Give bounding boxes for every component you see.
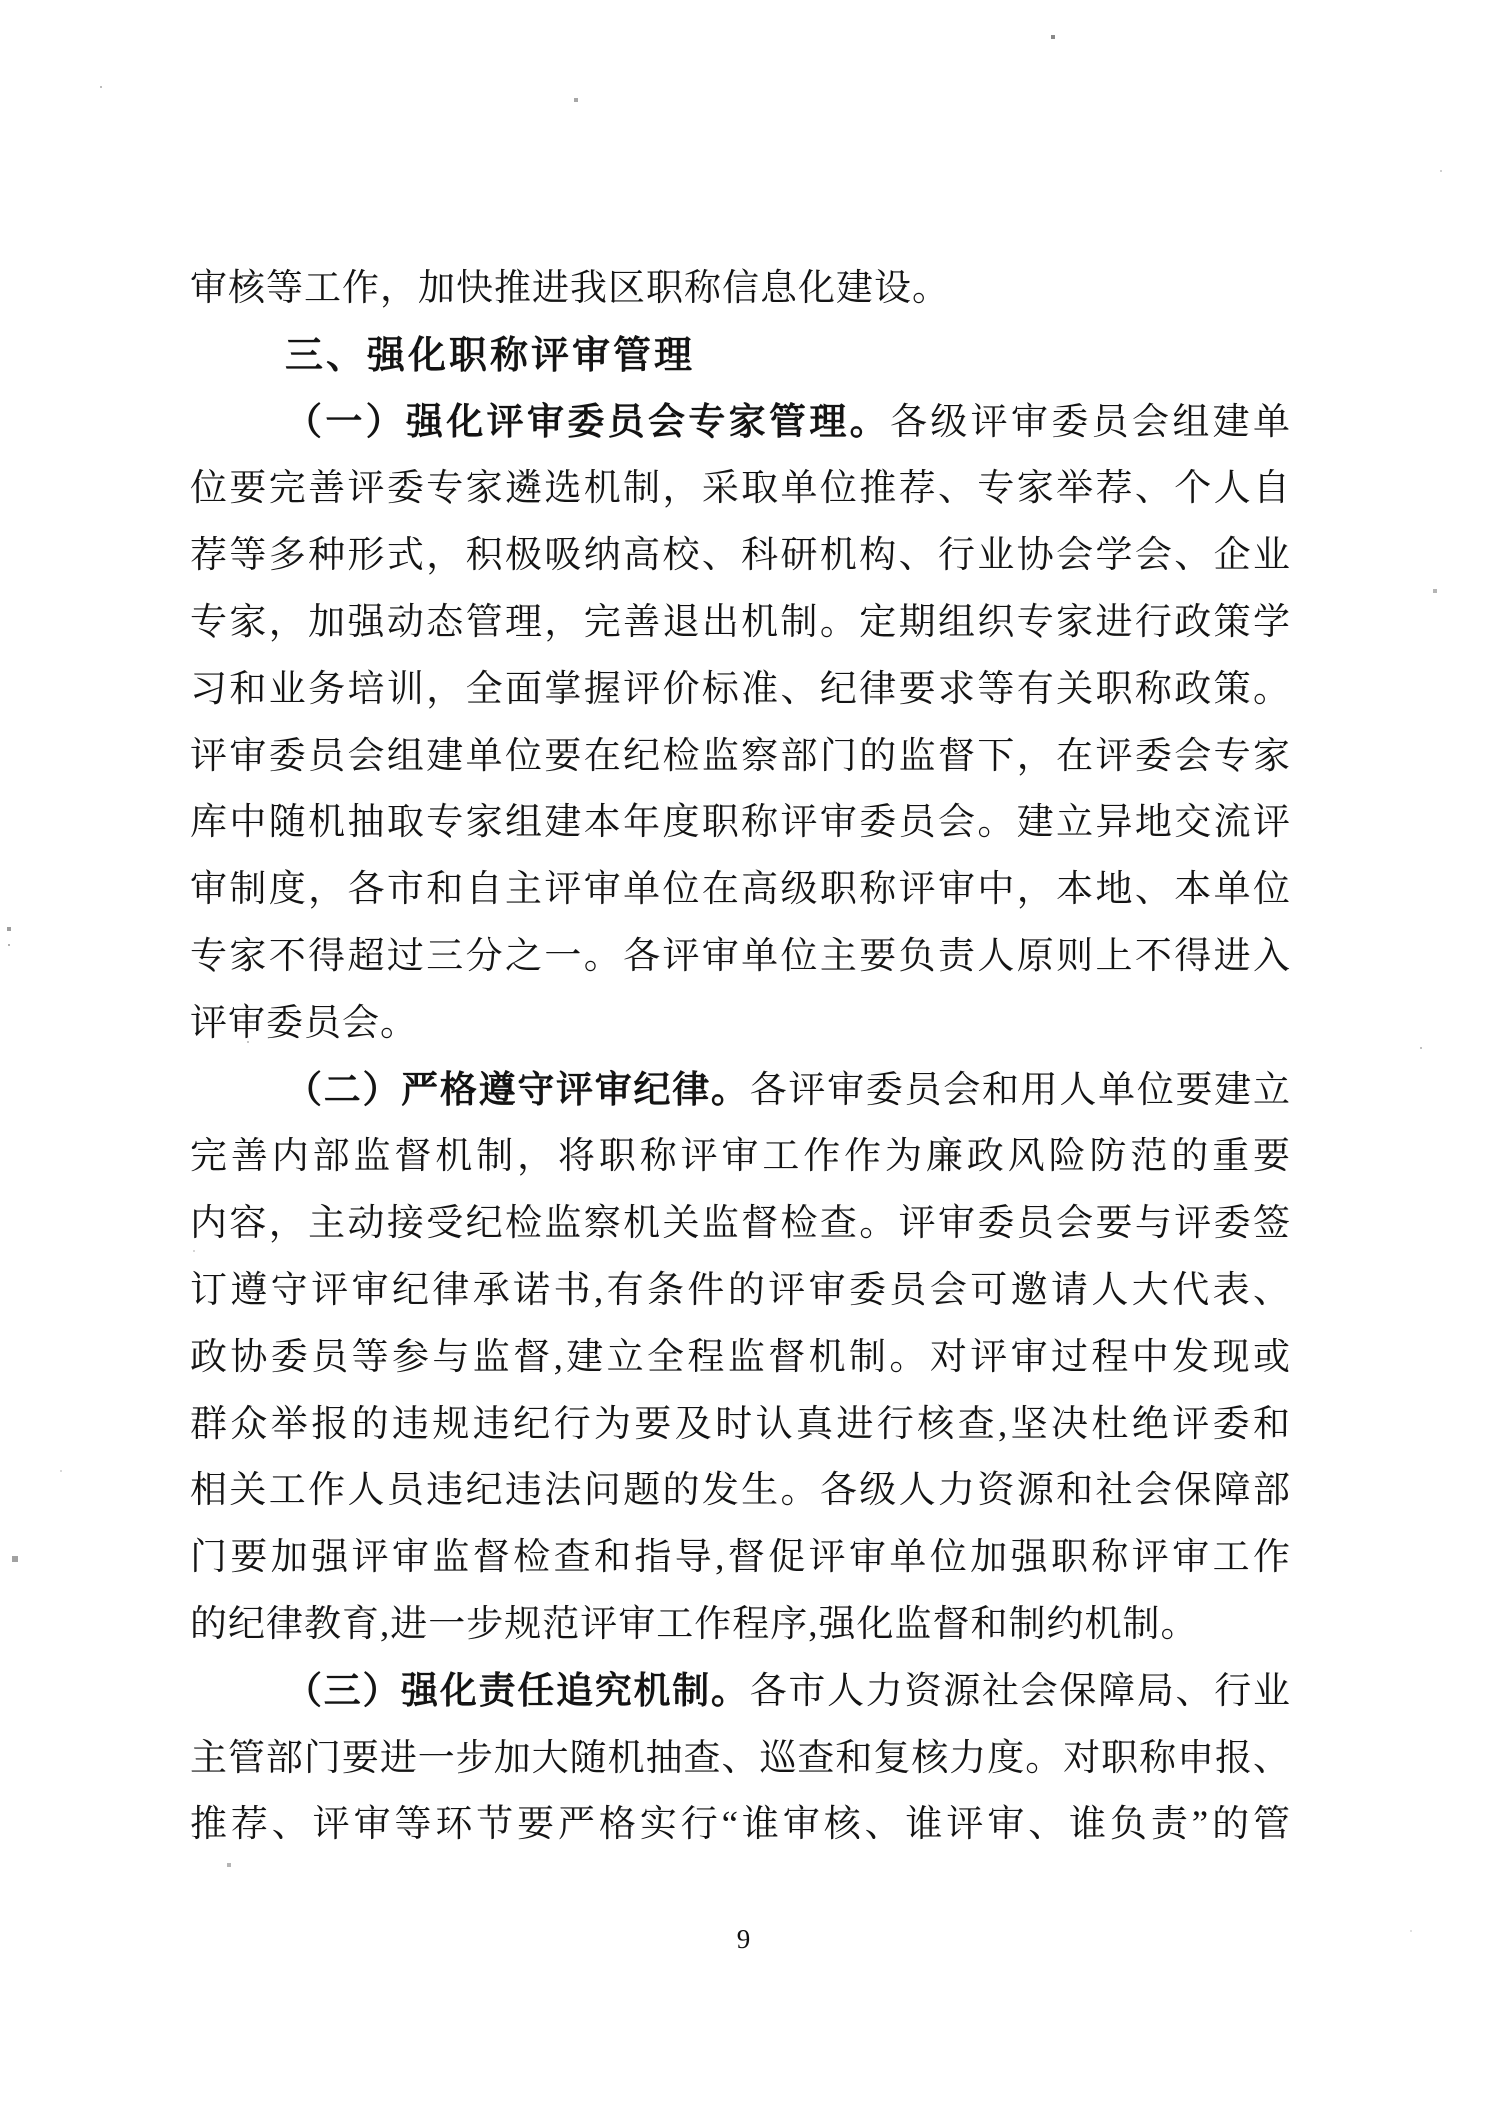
text-line: 审制度，各市和自主评审单位在高级职称评审中，本地、本单位 xyxy=(190,857,1290,924)
text-line: 库中随机抽取专家组建本年度职称评审委员会。建立异地交流评 xyxy=(190,790,1290,857)
paragraph-lead-in: （一）强化评审委员会专家管理。 xyxy=(285,402,890,443)
paragraph-lead-in: （三）强化责任追究机制。 xyxy=(285,1671,750,1712)
section-heading: 三、强化职称评审管理 xyxy=(190,323,1290,390)
text-line: 评审委员会组建单位要在纪检监察部门的监督下，在评委会专家 xyxy=(190,724,1290,791)
line-text: 专家，加强动态管理，完善退出机制。定期组织专家进行政策学 xyxy=(190,602,1290,643)
line-text: 评审委员会。 xyxy=(190,1003,418,1044)
text-line: 习和业务培训，全面掌握评价标准、纪律要求等有关职称政策。 xyxy=(190,657,1290,724)
text-line: 推荐、评审等环节要严格实行“谁审核、谁评审、谁负责”的管 xyxy=(190,1792,1290,1859)
line-text: 主管部门要进一步加大随机抽查、巡查和复核力度。对职称申报、 xyxy=(190,1738,1290,1779)
line-text: 的纪律教育,进一步规范评审工作程序,强化监督和制约机制。 xyxy=(190,1604,1199,1645)
text-line: （三）强化责任追究机制。各市人力资源社会保障局、行业 xyxy=(190,1659,1290,1726)
text-line: 订遵守评审纪律承诺书,有条件的评审委员会可邀请人大代表、 xyxy=(190,1258,1290,1325)
text-line: 完善内部监督机制，将职称评审工作作为廉政风险防范的重要 xyxy=(190,1124,1290,1191)
text-line: 专家不得超过三分之一。各评审单位主要负责人原则上不得进入 xyxy=(190,924,1290,991)
line-text: 相关工作人员违纪违法问题的发生。各级人力资源和社会保障部 xyxy=(190,1470,1290,1511)
line-text: 各级评审委员会组建单 xyxy=(890,402,1290,443)
paragraph-lead-in: （二）严格遵守评审纪律。 xyxy=(285,1070,750,1111)
line-text: 门要加强评审监督检查和指导,督促评审单位加强职称评审工作 xyxy=(190,1537,1290,1578)
text-line: （一）强化评审委员会专家管理。各级评审委员会组建单 xyxy=(190,390,1290,457)
line-text: 审核等工作，加快推进我区职称信息化建设。 xyxy=(190,268,950,309)
text-line: 内容，主动接受纪检监察机关监督检查。评审委员会要与评委签 xyxy=(190,1191,1290,1258)
text-column: 审核等工作，加快推进我区职称信息化建设。三、强化职称评审管理（一）强化评审委员会… xyxy=(190,256,1290,1859)
text-line: 荐等多种形式，积极吸纳高校、科研机构、行业协会学会、企业 xyxy=(190,523,1290,590)
line-text: 习和业务培训，全面掌握评价标准、纪律要求等有关职称政策。 xyxy=(190,669,1290,710)
line-text: 内容，主动接受纪检监察机关监督检查。评审委员会要与评委签 xyxy=(190,1203,1290,1244)
line-text: 荐等多种形式，积极吸纳高校、科研机构、行业协会学会、企业 xyxy=(190,535,1290,576)
text-line: 的纪律教育,进一步规范评审工作程序,强化监督和制约机制。 xyxy=(190,1592,1290,1659)
page-number: 9 xyxy=(0,1924,1487,1955)
line-text: 完善内部监督机制，将职称评审工作作为廉政风险防范的重要 xyxy=(190,1136,1290,1177)
scan-speck-noise xyxy=(0,0,2,2)
text-line: 门要加强评审监督检查和指导,督促评审单位加强职称评审工作 xyxy=(190,1525,1290,1592)
line-text: 政协委员等参与监督,建立全程监督机制。对评审过程中发现或 xyxy=(190,1337,1290,1378)
line-text: 订遵守评审纪律承诺书,有条件的评审委员会可邀请人大代表、 xyxy=(190,1270,1290,1311)
document-page: 审核等工作，加快推进我区职称信息化建设。三、强化职称评审管理（一）强化评审委员会… xyxy=(0,0,1487,2105)
line-text: 各评审委员会和用人单位要建立 xyxy=(750,1070,1290,1111)
text-line: 相关工作人员违纪违法问题的发生。各级人力资源和社会保障部 xyxy=(190,1458,1290,1525)
text-line: 专家，加强动态管理，完善退出机制。定期组织专家进行政策学 xyxy=(190,590,1290,657)
line-text: 专家不得超过三分之一。各评审单位主要负责人原则上不得进入 xyxy=(190,936,1290,977)
text-line: 审核等工作，加快推进我区职称信息化建设。 xyxy=(190,256,1290,323)
text-line: 位要完善评委专家遴选机制，采取单位推荐、专家举荐、个人自 xyxy=(190,456,1290,523)
line-text: 库中随机抽取专家组建本年度职称评审委员会。建立异地交流评 xyxy=(190,802,1290,843)
text-line: （二）严格遵守评审纪律。各评审委员会和用人单位要建立 xyxy=(190,1058,1290,1125)
line-text: 各市人力资源社会保障局、行业 xyxy=(750,1671,1290,1712)
text-line: 政协委员等参与监督,建立全程监督机制。对评审过程中发现或 xyxy=(190,1325,1290,1392)
line-text: 审制度，各市和自主评审单位在高级职称评审中，本地、本单位 xyxy=(190,869,1290,910)
line-text: 位要完善评委专家遴选机制，采取单位推荐、专家举荐、个人自 xyxy=(190,468,1290,509)
line-text: 三、强化职称评审管理 xyxy=(285,335,695,377)
line-text: 评审委员会组建单位要在纪检监察部门的监督下，在评委会专家 xyxy=(190,736,1290,777)
text-line: 评审委员会。 xyxy=(190,991,1290,1058)
text-line: 主管部门要进一步加大随机抽查、巡查和复核力度。对职称申报、 xyxy=(190,1726,1290,1793)
line-text: 群众举报的违规违纪行为要及时认真进行核查,坚决杜绝评委和 xyxy=(190,1404,1290,1445)
line-text: 推荐、评审等环节要严格实行“谁审核、谁评审、谁负责”的管 xyxy=(190,1804,1290,1845)
text-line: 群众举报的违规违纪行为要及时认真进行核查,坚决杜绝评委和 xyxy=(190,1392,1290,1459)
